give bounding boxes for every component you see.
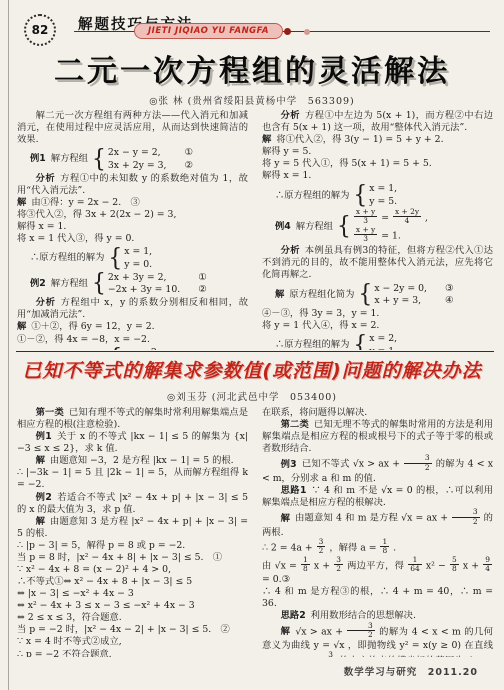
equation-row: y = 0. [124,259,152,271]
paragraph: ⇔ 2 ≤ x ≤ 3，符合题意. [17,612,248,624]
block-label: 第一类 [36,407,64,418]
block-label: 解 [36,516,45,527]
brace: { [108,348,122,350]
system-lead-text: 原方程组化简为 [289,289,354,301]
paragraph: 解由①得：y = 2x − 2. ③ [17,197,248,209]
article1-title: 二元一次方程组的灵活解法 [0,46,504,90]
fraction: x + 2y4 [393,208,421,226]
block-label: 分析 [281,245,300,256]
block-label: 解 [17,197,26,208]
equation-row: x + y3 = 1. [353,227,428,245]
paragraph: ∵ x = 4 时不等式②成立, [17,636,248,648]
equation-system: ∴原方程组的解为{x = 1,y = 0. [30,246,248,271]
brace: { [337,216,351,238]
decor-dot [284,28,291,35]
paragraph: 将 y = 5 代入①，得 5(x + 1) = 5 + 5. [262,158,493,170]
system-equations: x + y3 = x + 2y4 ,x + y3 = 1. [353,209,428,244]
system-equations: x = 1,y = 0. [124,246,152,271]
paragraph: 分析方程组中 x，y 的系数分别相反和相同，故用“加减消元法”. [17,297,248,321]
system-equations: x − 2y = 0,x + y = 3, [374,283,427,308]
paragraph: 第二类已知无理不等式的解集时常用的方法是利用解集端点是相应方程的根或根号下的式子… [262,419,493,455]
equation-system: ∴原方程组的解为{x = 1,y = 5. [275,183,493,208]
equation-tags: ③④ [445,283,453,308]
fraction: 32 [317,538,326,556]
paragraph: 第一类已知有理不等式的解集时常利用解集端点是相应方程的根(注意检验). [17,407,248,431]
paragraph: ∴ p = −2 不符合题意. [17,649,248,657]
fraction: 32 [347,622,374,640]
equation-row: x − 2y = 0, [374,283,427,295]
system-equations: x = 1,y = 5. [369,183,397,208]
brace: { [353,334,367,350]
article2-title: 已知不等式的解集求参数值(或范围)问题的解决办法 [0,356,504,383]
paragraph: 解二元一次方程组有两种方法——代入消元和加减消元，在使用过程中应灵活应用，从而达… [17,110,248,146]
fraction: 32 [404,454,431,472]
brace: { [358,284,372,306]
equation-tag: ④ [445,295,453,307]
paragraph: ∵ x² − 4x + 8 = (x − 2)² + 4 > 0, [17,564,248,576]
fraction: 32 [334,556,343,574]
fraction: 32 [452,508,479,526]
fraction: 18 [380,538,389,556]
block-label: 例1 [36,431,52,442]
paragraph: 思路2利用数形结合的思想解决. [262,610,493,622]
article-separator-rule [16,351,494,352]
article2-left-column: 第一类已知有理不等式的解集时常利用解集端点是相应方程的根(注意检验).例1关于 … [17,407,248,657]
system-lead-text: ∴原方程组的解为 [275,190,349,202]
equation-row: x = −2, [124,347,160,350]
block-label: 解 [36,455,45,466]
paragraph: 解将①代入②，得 3(y − 1) = 5 + y + 2. [262,134,493,146]
article1-byline: ◎张 林 (贵州省绥阳县黄杨中学 563309) [0,93,504,107]
system-equations: 2x + 3y = 2,−2x + 3y = 10. [108,272,180,297]
brace: { [92,273,106,295]
article2-byline: ◎刘玉芬 (河北武邑中学 053400) [0,389,504,403]
equation-tag: ② [198,284,206,296]
paragraph: ∴ 4 和 m 是方程③的根，∴ 4 + m = 40，∴ m = 36. [262,586,493,610]
block-label: 解 [17,321,26,332]
block-label: 例2 [30,278,46,290]
block-label: 解 [275,289,284,301]
paragraph: 解得 y = 5. [262,146,493,158]
decor-dot [304,29,310,35]
paragraph: ①－②，得 4x = −8，x = −2. [17,334,248,346]
equation-row: 3x + 2y = 3, [108,160,167,172]
paragraph: 分析方程①中的未知数 y 的系数绝对值为 1，故用“代入消元法”. [17,173,248,197]
system-lead-text: 解方程组 [296,221,333,233]
article1-right-column: 分析方程①中左边为 5(x + 1)，而方程②中右边也含有 5(x + 1) 这… [262,110,493,350]
paragraph: 解由题意知 3 是方程 |x² − 4x + p| + |x − 3| = 5 … [17,516,248,540]
paragraph: 解由题意知 4 和 m 是方程 √x = ax + 32 的两根. [262,509,493,539]
paragraph: 例2若适合不等式 |x² − 4x + p| + |x − 3| ≤ 5 的 x… [17,492,248,516]
paragraph: 例1关于 x 的不等式 |kx − 1| ≤ 5 的解集为 {x|−3 ≤ x … [17,431,248,455]
equation-system: ∴原方程组的解为{x = −2,y = 2. [30,347,248,350]
paragraph: 解①＋②，得 6y = 12，y = 2. [17,321,248,333]
system-equations: x = 2,y = 1. [369,333,397,350]
page-number-badge: 82 [24,14,56,46]
equation-row: y = 1. [369,346,397,351]
page-number: 82 [32,23,49,37]
equation-tag: ③ [445,283,453,295]
paragraph: ∴不等式①⇔ x² − 4x + 8 + |x − 3| ≤ 5 [17,576,248,588]
paragraph: ⇔ x² − 4x + 3 ≤ x − 3 ≤ −x² + 4x − 3 [17,600,248,612]
block-label: 分析 [36,297,56,308]
paragraph: 将 y = 1 代入④，得 x = 2. [262,320,493,332]
system-equations: x = −2,y = 2. [124,347,160,350]
article1-body: 解二元一次方程组有两种方法——代入消元和加减消元，在使用过程中应灵活应用，从而达… [17,110,493,350]
fraction: 58 [450,556,459,574]
equation-row: x = 1, [369,183,397,195]
brace: { [108,247,122,269]
fraction: 18 [301,556,310,574]
brace: { [92,148,106,170]
block-label: 思路1 [281,485,307,496]
equation-row: 2x − y = 2, [108,147,167,159]
article2-body: 第一类已知有理不等式的解集时常利用解集端点是相应方程的根(注意检验).例1关于 … [17,407,493,657]
paragraph: 由 √x = 18 x + 32 两边平方，得 164 x² − 58 x + … [262,557,493,587]
equation-tags: ①② [198,272,206,297]
block-label: 解 [281,513,290,524]
paragraph: 将 x = 1 代入③，得 y = 0. [17,233,248,245]
system-lead-text: 解方程组 [51,278,88,290]
paragraph: 解得 x = 1. [17,221,248,233]
paragraph: 解√x > ax + 32 的解为 4 < x < m 的几何意义为曲线 y =… [262,623,493,657]
paragraph: 当 p = 8 时，|x² − 4x + 8| + |x − 3| ≤ 5. ① [17,552,248,564]
paragraph: 解得 x = 1. [262,170,493,182]
block-label: 第二类 [281,419,309,430]
equation-row: 2x + 3y = 2, [108,272,180,284]
article2-right-column: 在联系，将问题得以解决.第二类已知无理不等式的解集时常用的方法是利用解集端点是相… [262,407,493,657]
paragraph: ⇔ |x − 3| ≤ −x² + 4x − 3 [17,588,248,600]
equation-row: x = 2, [369,333,397,345]
block-label: 分析 [36,173,56,184]
fraction: 94 [483,556,492,574]
block-label: 分析 [281,110,300,121]
paragraph: 思路1∵ 4 和 m 不是 √x = 0 的根，∴可以利用解集端点是相应方程的根… [262,485,493,509]
paragraph: ∴ |p − 3| = 5，解得 p = 8 或 p = −2. [17,540,248,552]
system-lead-text: ∴原方程组的解为 [275,339,349,350]
equation-system: ∴原方程组的解为{x = 2,y = 1. [275,333,493,350]
block-label: 解 [262,134,271,145]
equation-system: 解原方程组化简为{x − 2y = 0,x + y = 3,③④ [275,283,493,308]
system-lead-text: ∴原方程组的解为 [30,252,104,264]
system-equations: 2x − y = 2,3x + 2y = 3, [108,147,167,172]
paragraph: 当 p = −2 时，|x² − 4x − 2| + |x − 3| ≤ 5. … [17,624,248,636]
equation-system: 例1解方程组{2x − y = 2,3x + 2y = 3,①② [30,147,248,172]
equation-tag: ① [185,147,193,159]
equation-system: 例2解方程组{2x + 3y = 2,−2x + 3y = 10.①② [30,272,248,297]
paragraph: ∴ |−3k − 1| = 5 且 |2k − 1| = 5，从而解方程组得 k… [17,467,248,491]
equation-row: x = 1, [124,246,152,258]
magazine-page: 82 解题技巧与方法 JIETI JIQIAO YU FANGFA 二元一次方程… [0,0,504,690]
paragraph: 分析本例虽具有例3的特征，但将方程②代入①达不到消元的目的，故不能用整体代入消元… [262,245,493,281]
equation-system: 例4解方程组{x + y3 = x + 2y4 ,x + y3 = 1. [275,209,493,244]
equation-tag: ② [185,160,193,172]
equation-row: x + y = 3, [374,295,427,307]
equation-row: −2x + 3y = 10. [108,284,180,296]
paragraph: 在联系，将问题得以解决. [262,407,493,419]
block-label: 例3 [281,459,297,470]
paragraph: ④－③，得 3y = 3，y = 1. [262,308,493,320]
paragraph: 例3已知不等式 √x > ax + 32 的解为 4 < x < m，分别求 a… [262,455,493,485]
equation-tag: ① [198,272,206,284]
paragraph: 分析方程①中左边为 5(x + 1)，而方程②中右边也含有 5(x + 1) 这… [262,110,493,134]
paragraph: 将③代入②，得 3x + 2(2x − 2) = 3, [17,209,248,221]
equation-tags: ①② [185,147,193,172]
paragraph: 解由题意知 −3，2 是方程 |kx − 1| = 5 的根. [17,455,248,467]
fraction: x + y3 [354,226,377,244]
block-label: 例4 [275,221,291,233]
system-lead-text: 解方程组 [51,153,88,165]
fraction: 32 [308,651,335,657]
paragraph: ∴ 2 = 4a + 32 ，解得 a = 18 . [262,539,493,557]
block-label: 例1 [30,153,46,165]
equation-row: x + y3 = x + 2y4 , [353,209,428,227]
journal-footer: 数学学习与研究 2011.20 [344,664,478,678]
brace: { [353,185,367,207]
section-pinyin-pill: JIETI JIQIAO YU FANGFA [134,23,283,39]
block-label: 例2 [36,492,52,503]
page-header: 82 解题技巧与方法 JIETI JIQIAO YU FANGFA [16,10,492,50]
article1-left-column: 解二元一次方程组有两种方法——代入消元和加减消元，在使用过程中应灵活应用，从而达… [17,110,248,350]
block-label: 解 [281,626,291,637]
fraction: x + y3 [354,208,377,226]
block-label: 思路2 [281,610,306,621]
fraction: 164 [408,556,421,574]
